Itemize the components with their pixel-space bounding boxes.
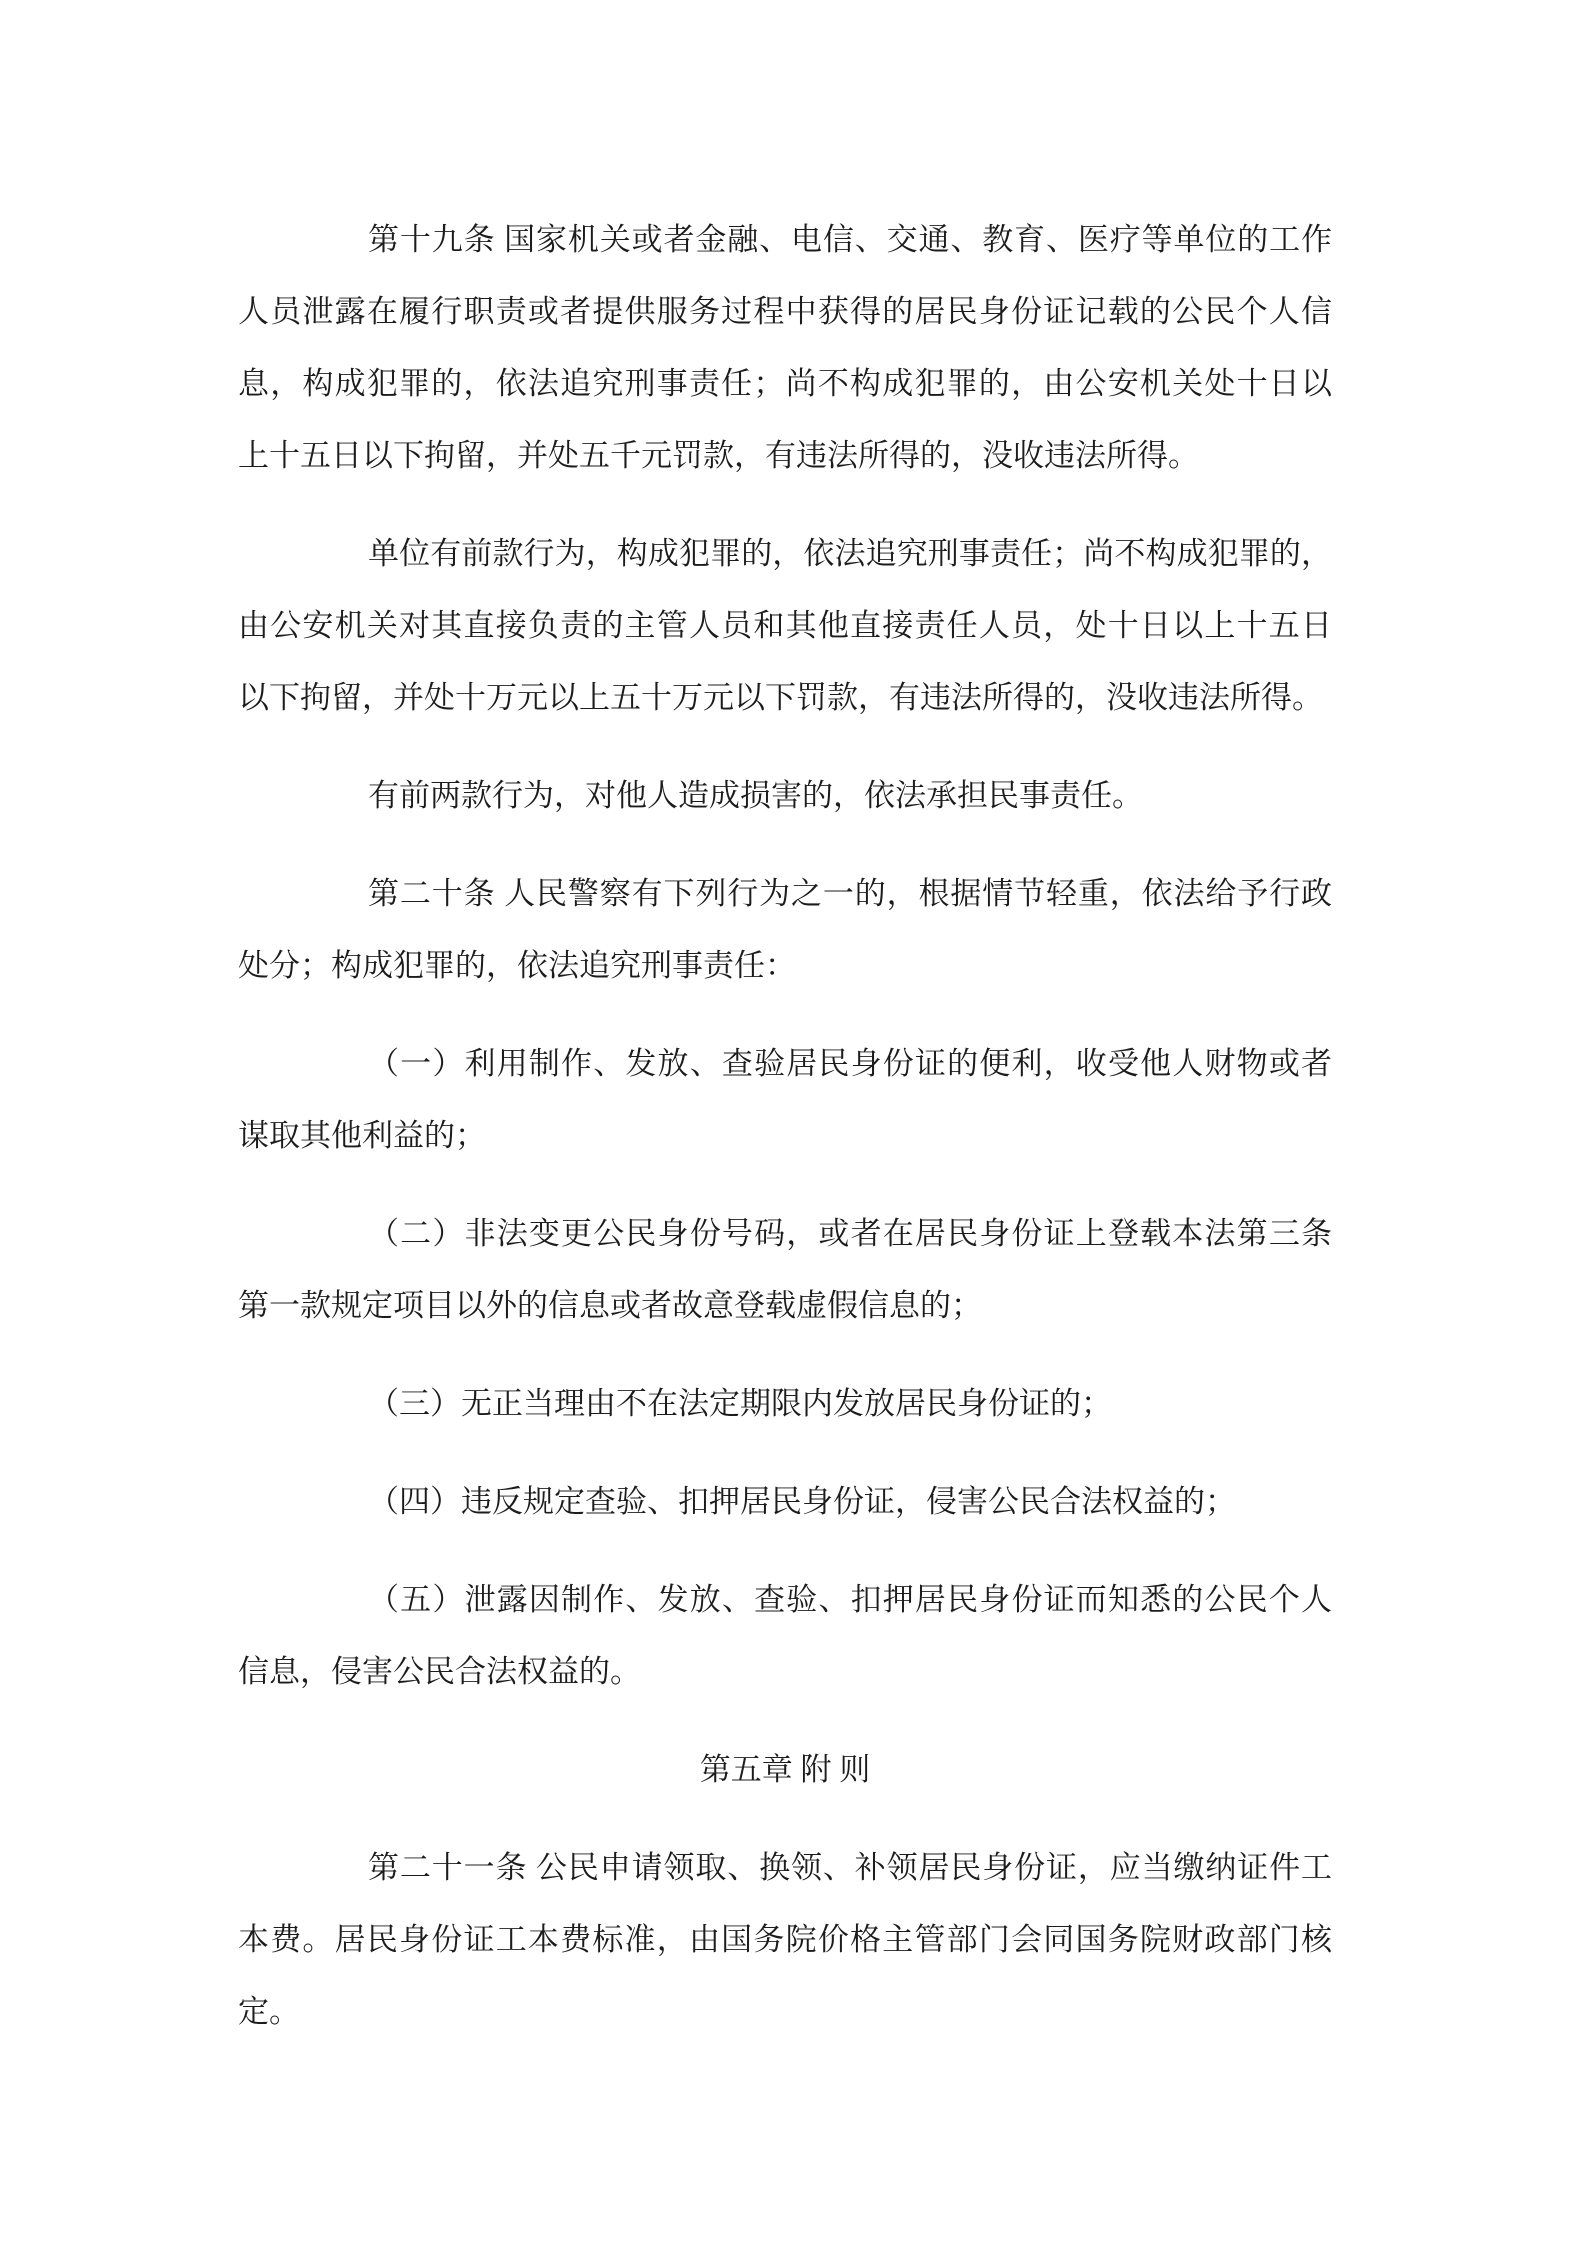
text-line: 有前两款行为，对他人造成损害的，依法承担民事责任。 <box>238 760 1332 832</box>
article-21: 第二十一条 公民申请领取、换领、补领居民身份证，应当缴纳证件工 本费。居民身份证… <box>238 1832 1332 2048</box>
text-line: 第二十一条 公民申请领取、换领、补领居民身份证，应当缴纳证件工 <box>238 1832 1332 1904</box>
article-20-item-1: （一）利用制作、发放、查验居民身份证的便利，收受他人财物或者 谋取其他利益的； <box>238 1028 1332 1172</box>
text-line: 单位有前款行为，构成犯罪的，依法追究刑事责任；尚不构成犯罪的， <box>238 518 1332 590</box>
article-20-item-5: （五）泄露因制作、发放、查验、扣押居民身份证而知悉的公民个人 信息，侵害公民合法… <box>238 1564 1332 1708</box>
text-line: 第二十条 人民警察有下列行为之一的，根据情节轻重，依法给予行政 <box>238 858 1332 930</box>
text-line: （一）利用制作、发放、查验居民身份证的便利，收受他人财物或者 <box>238 1028 1332 1100</box>
text-line: 谋取其他利益的； <box>238 1100 1332 1172</box>
text-line: 处分；构成犯罪的，依法追究刑事责任： <box>238 930 1332 1002</box>
text-line: （三）无正当理由不在法定期限内发放居民身份证的； <box>238 1368 1332 1440</box>
text-line: 信息，侵害公民合法权益的。 <box>238 1636 1332 1708</box>
chapter-5-heading: 第五章 附 则 <box>238 1734 1332 1806</box>
text-line: （二）非法变更公民身份号码，或者在居民身份证上登载本法第三条 <box>238 1198 1332 1270</box>
text-line: （四）违反规定查验、扣押居民身份证，侵害公民合法权益的； <box>238 1466 1332 1538</box>
text-line: 第十九条 国家机关或者金融、电信、交通、教育、医疗等单位的工作 <box>238 204 1332 276</box>
text-line: 本费。居民身份证工本费标准，由国务院价格主管部门会同国务院财政部门核 <box>238 1904 1332 1976</box>
text-line: 息，构成犯罪的，依法追究刑事责任；尚不构成犯罪的，由公安机关处十日以 <box>238 348 1332 420</box>
article-20-item-4: （四）违反规定查验、扣押居民身份证，侵害公民合法权益的； <box>238 1466 1332 1538</box>
text-line: 上十五日以下拘留，并处五千元罚款，有违法所得的，没收违法所得。 <box>238 420 1332 492</box>
text-line: 人员泄露在履行职责或者提供服务过程中获得的居民身份证记载的公民个人信 <box>238 276 1332 348</box>
text-line: （五）泄露因制作、发放、查验、扣押居民身份证而知悉的公民个人 <box>238 1564 1332 1636</box>
article-19-clause-2: 单位有前款行为，构成犯罪的，依法追究刑事责任；尚不构成犯罪的， 由公安机关对其直… <box>238 518 1332 734</box>
article-20-item-3: （三）无正当理由不在法定期限内发放居民身份证的； <box>238 1368 1332 1440</box>
article-19-clause-3: 有前两款行为，对他人造成损害的，依法承担民事责任。 <box>238 760 1332 832</box>
text-line: 第一款规定项目以外的信息或者故意登载虚假信息的； <box>238 1270 1332 1342</box>
text-line: 由公安机关对其直接负责的主管人员和其他直接责任人员，处十日以上十五日 <box>238 590 1332 662</box>
article-20-item-2: （二）非法变更公民身份号码，或者在居民身份证上登载本法第三条 第一款规定项目以外… <box>238 1198 1332 1342</box>
text-line: 以下拘留，并处十万元以上五十万元以下罚款，有违法所得的，没收违法所得。 <box>238 662 1332 734</box>
chapter-heading-text: 第五章 附 则 <box>238 1734 1332 1806</box>
document-page: 第十九条 国家机关或者金融、电信、交通、教育、医疗等单位的工作 人员泄露在履行职… <box>0 0 1587 2245</box>
article-20-intro: 第二十条 人民警察有下列行为之一的，根据情节轻重，依法给予行政 处分；构成犯罪的… <box>238 858 1332 1002</box>
text-line: 定。 <box>238 1976 1332 2048</box>
article-19-clause-1: 第十九条 国家机关或者金融、电信、交通、教育、医疗等单位的工作 人员泄露在履行职… <box>238 204 1332 492</box>
